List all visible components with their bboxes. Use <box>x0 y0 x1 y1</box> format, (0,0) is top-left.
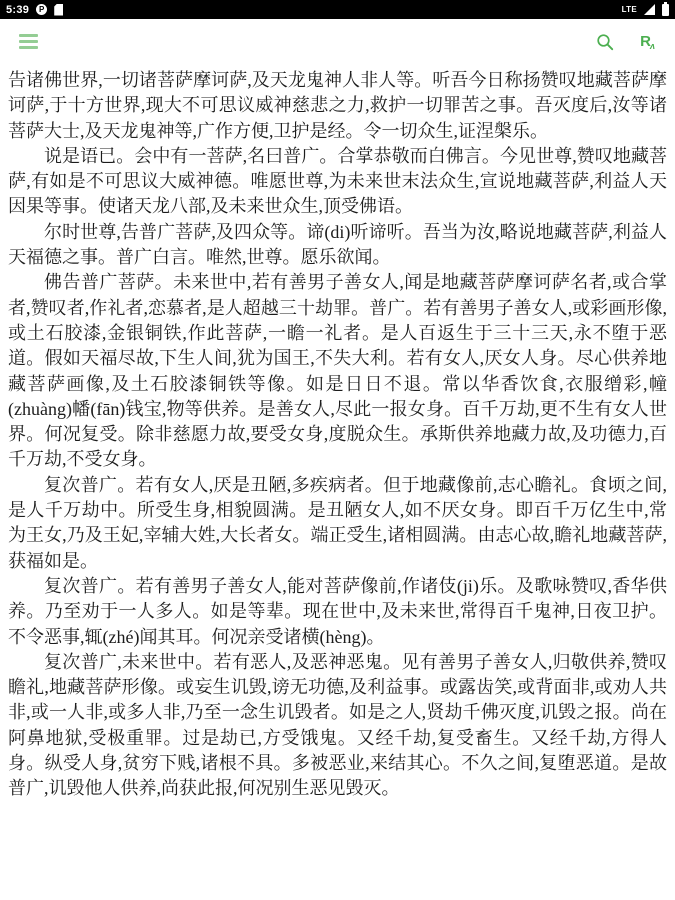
app-screen: 5:39 P LTE <box>0 0 675 900</box>
sutra-paragraph: 佛告普广菩萨。未来世中,若有善男子善女人,闻是地藏菩萨摩诃萨名者,或合掌者,赞叹… <box>8 270 667 472</box>
hamburger-icon <box>19 34 38 49</box>
text-mode-icon: Rʌ <box>640 34 656 49</box>
sutra-text-page[interactable]: 告诸佛世界,一切诸菩萨摩诃萨,及天龙鬼神人非人等。听吾今日称扬赞叹地藏菩萨摩诃萨… <box>0 64 675 900</box>
sutra-paragraph: 复次普广,未来世中。若有恶人,及恶神恶鬼。见有善男子善女人,归敬供养,赞叹瞻礼,… <box>8 650 667 802</box>
sutra-paragraph: 尔时世尊,告普广菩萨,及四众等。谛(di)听谛听。吾当为汝,略说地藏菩萨,利益人… <box>8 220 667 271</box>
menu-button[interactable] <box>15 27 42 56</box>
battery-icon <box>662 4 669 16</box>
status-bar-left: 5:39 P <box>6 4 63 16</box>
sutra-paragraph: 复次普广。若有善男子善女人,能对菩萨像前,作诸伎(ji)乐。及歌咏赞叹,香华供养… <box>8 574 667 650</box>
p-circle-icon: P <box>36 4 47 15</box>
search-icon <box>596 33 614 51</box>
toolbar-actions: Rʌ <box>592 29 660 55</box>
search-button[interactable] <box>592 29 618 55</box>
status-bar-right: LTE <box>622 4 669 16</box>
status-bar: 5:39 P LTE <box>0 0 675 19</box>
clock: 5:39 <box>6 4 29 16</box>
sutra-paragraph: 说是语已。会中有一菩萨,名曰普广。合掌恭敬而白佛言。今见世尊,赞叹地藏菩萨,有如… <box>8 144 667 220</box>
network-type-label: LTE <box>622 5 637 14</box>
text-mode-button[interactable]: Rʌ <box>636 30 660 53</box>
toolbar: Rʌ <box>0 19 675 64</box>
sd-card-icon <box>54 4 63 16</box>
sutra-paragraph: 复次普广。若有女人,厌是丑陋,多疾病者。但于地藏像前,志心瞻礼。食顷之间,是人千… <box>8 473 667 574</box>
sutra-paragraph: 告诸佛世界,一切诸菩萨摩诃萨,及天龙鬼神人非人等。听吾今日称扬赞叹地藏菩萨摩诃萨… <box>8 68 667 144</box>
signal-icon <box>644 4 655 15</box>
